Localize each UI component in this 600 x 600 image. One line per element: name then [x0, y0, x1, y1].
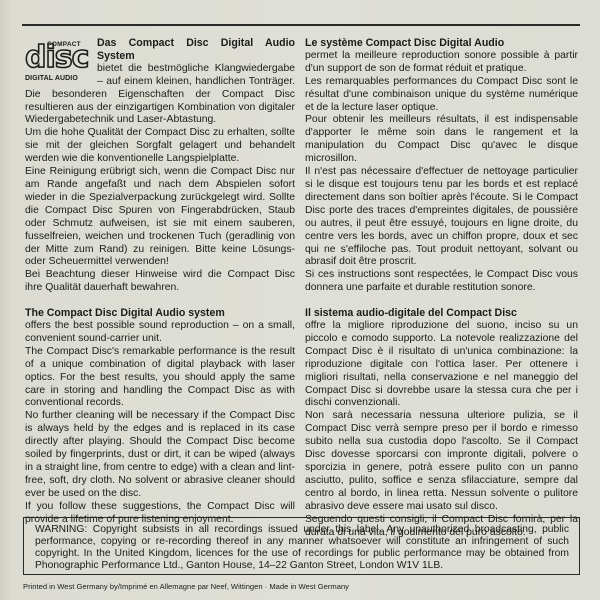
paragraph: Les remarquables performances du Compact…	[305, 76, 578, 115]
paragraph: The Compact Disc's remarkable performanc…	[25, 346, 295, 411]
section-german: COMPACT disc DIGITAL AUDIO Das Compact D…	[25, 37, 295, 295]
left-column: COMPACT disc DIGITAL AUDIO Das Compact D…	[25, 37, 295, 539]
paragraph: permet la meilleure reproduction sonore …	[305, 50, 578, 76]
printed-in-notice: Printed in West Germany by/Imprimé en Al…	[23, 582, 349, 591]
paragraph: offre la migliore riproduzione del suono…	[305, 320, 578, 410]
section-english: The Compact Disc Digital Audio system of…	[25, 307, 295, 526]
section-italian: Il sistema audio-digitale del Compact Di…	[305, 307, 578, 539]
paragraph: Il n'est pas nécessaire d'effectuer de n…	[305, 166, 578, 269]
heading-english: The Compact Disc Digital Audio system	[25, 307, 295, 320]
paragraph: No further cleaning will be necessary if…	[25, 410, 295, 500]
paragraph: Si ces instructions sont respectées, le …	[305, 269, 578, 295]
top-divider	[22, 24, 580, 26]
heading-italian: Il sistema audio-digitale del Compact Di…	[305, 307, 578, 320]
paragraph: Pour obtenir les meilleurs résultats, il…	[305, 114, 578, 166]
paragraph: offers the best possible sound reproduct…	[25, 320, 295, 346]
heading-french: Le système Compact Disc Digital Audio	[305, 37, 578, 50]
paragraph: Bei Beachtung dieser Hinweise wird die C…	[25, 269, 295, 295]
paragraph: Eine Reinigung erübrigt sich, wenn die C…	[25, 166, 295, 269]
paragraph: Non sarà necessaria nessuna ulteriore pu…	[305, 410, 578, 513]
section-french: Le système Compact Disc Digital Audio pe…	[305, 37, 578, 295]
copyright-warning-text: WARNING: Copyright subsists in all recor…	[35, 524, 569, 571]
paragraph: Um die hohe Qualität der Compact Disc zu…	[25, 127, 295, 166]
logo-disc-text: disc	[25, 44, 88, 72]
right-column: Le système Compact Disc Digital Audio pe…	[305, 37, 578, 551]
copyright-warning-box: WARNING: Copyright subsists in all recor…	[23, 517, 580, 575]
compact-disc-logo-icon: COMPACT disc DIGITAL AUDIO	[25, 39, 89, 83]
logo-digital-audio-text: DIGITAL AUDIO	[25, 73, 78, 86]
cd-booklet-page: COMPACT disc DIGITAL AUDIO Das Compact D…	[0, 0, 600, 600]
